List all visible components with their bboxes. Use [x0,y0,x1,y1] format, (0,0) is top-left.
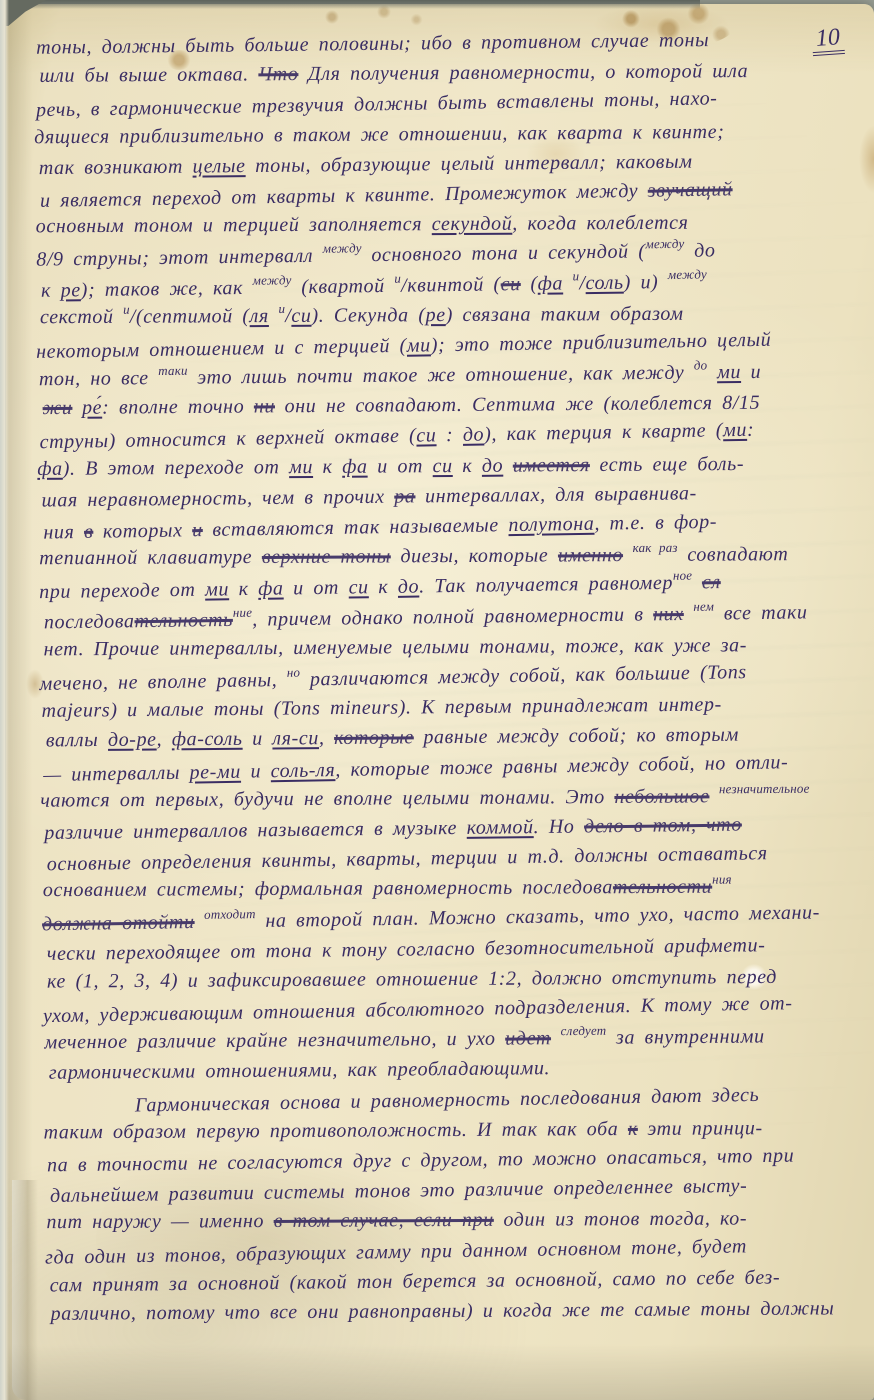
inserted-word: и [572,268,579,283]
crossed-out-word: в том случае, если при [274,1209,494,1232]
underlined-word: фа [37,457,63,479]
crossed-out-word: звучащий [648,178,733,201]
inserted-word: и [123,301,130,316]
underlined-word: до [398,576,420,598]
underlined-word: соль-ля [271,759,336,782]
underlined-word: фа [258,578,284,600]
underlined-word: полутона [508,513,594,536]
underlined-word: ля-си [272,727,319,749]
manuscript-line: различно, потому что все они равноправны… [51,1293,873,1329]
underlined-word: ми [205,579,229,601]
underlined-word: ми [289,456,313,478]
underlined-word: фа [342,455,368,477]
page-number: 10 [811,25,845,56]
underlined-word: ми [717,361,741,383]
underlined-word: фа [537,272,563,294]
crossed-out-word: идет [505,1027,551,1049]
paper-sheet: 10 тоны, должны быть больше половины; иб… [6,4,874,1400]
underlined-word: си [348,577,368,599]
crossed-out-word: ра [394,485,415,507]
crossed-out-word: должна отойти [42,911,195,935]
crossed-out-word: и [192,519,203,541]
inserted-word: незначительное [719,780,810,796]
inserted-word: ное [673,568,693,583]
crossed-out-word: к [628,1118,638,1140]
crossed-out-word: в [84,521,94,543]
crossed-out-word: жи [43,397,73,419]
inserted-word: и [394,270,401,285]
inserted-word: между [668,266,707,282]
underlined-word: ре [426,304,446,326]
crossed-out-word: тельность [134,608,233,631]
inserted-word: как раз [633,540,678,555]
crossed-out-word: си [501,273,521,295]
underlined-word: ре [60,279,80,301]
underlined-word: до [482,454,503,476]
underlined-word: соль [585,271,623,294]
crossed-out-word: верхние тоны [262,546,391,569]
page-curl-bottom-left [12,1180,38,1400]
underlined-word: до-ре [108,729,157,751]
underlined-word: си [433,455,453,477]
inserted-word: ния [712,872,732,887]
inserted-word: между [645,236,684,252]
inserted-word: между [323,241,362,257]
underlined-word: ми [407,334,431,356]
underlined-word: си [416,425,436,447]
underlined-word: до [463,424,485,446]
crossed-out-word: ни [254,396,275,418]
crossed-out-word: небольшое [614,785,709,808]
scan-background: 10 тоны, должны быть больше половины; иб… [0,0,874,1400]
inserted-word: следует [561,1023,607,1038]
scan-left-edge [0,0,9,1400]
crossed-out-word: дело в том, что [584,813,742,837]
underlined-word: фа-соль [172,728,243,751]
crossed-out-word: имеется [513,454,590,477]
underlined-word: целые [192,155,245,178]
underlined-word: ре́ [82,397,102,419]
crossed-out-word: тельности [613,876,712,899]
inserted-word: и [278,301,285,316]
crossed-out-word: которые [334,727,414,750]
underlined-word: секундой [432,213,513,235]
inserted-word: таки [158,363,188,378]
crossed-out-word: Что [258,63,298,85]
manuscript-text: тоны, должны быть больше половины; ибо в… [36,24,870,1330]
underlined-word: коммой [467,816,534,839]
inserted-word: отходит [204,907,256,923]
inserted-word: между [252,272,291,288]
inserted-word: нем [693,598,714,613]
inserted-word: но [287,665,301,680]
crossed-out-word: них [653,603,684,625]
underlined-word: ре-ми [189,760,241,783]
scanner-top-edge [0,0,700,9]
scanned-manuscript-page: { "manuscript": { "page_number": "10", "… [0,0,874,1400]
crossed-out-word: именно [558,544,623,566]
underlined-word: ля [250,305,269,327]
inserted-word: до [694,357,708,372]
inserted-word: ние [233,604,253,619]
crossed-out-word: сл [702,571,721,593]
underlined-word: ми [723,419,747,441]
underlined-word: си [291,304,311,326]
